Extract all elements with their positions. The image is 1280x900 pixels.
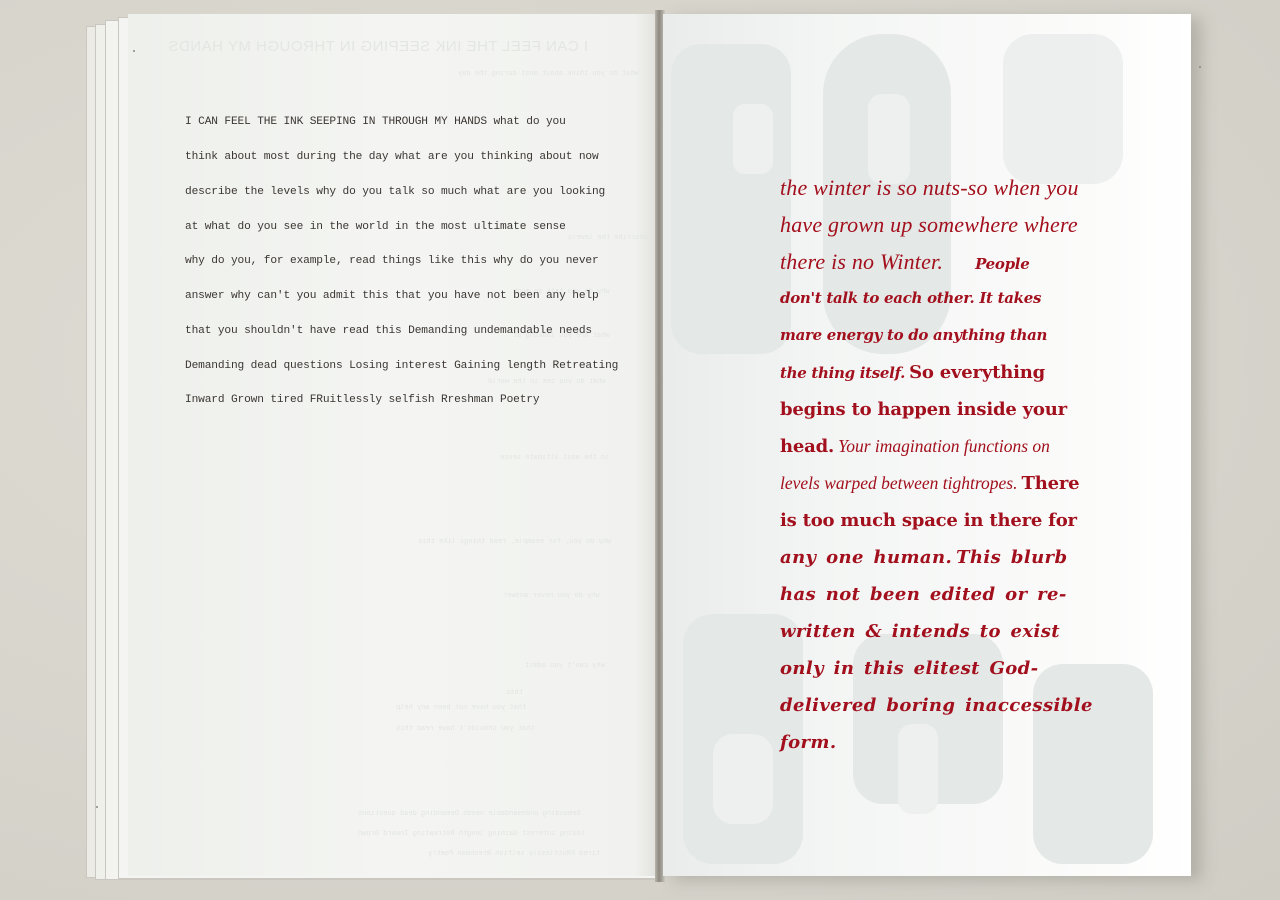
right-page: the winter is so nuts-so when you have g… (663, 14, 1191, 876)
prose-segment: head. (780, 436, 834, 457)
prose-line: the winter is so nuts-so when you (780, 169, 1191, 206)
prose-segment: So everything (909, 362, 1045, 383)
prose-line: form. (780, 724, 1191, 761)
prose-segment: People (975, 255, 1029, 273)
prose-line: delivered boring inaccessible (780, 687, 1191, 724)
dust-speck (96, 806, 98, 808)
left-page: I CAN FEEL THE INK SEEPING IN THROUGH MY… (128, 14, 656, 876)
prose-line: mare energy to do anything than (780, 317, 1191, 354)
prose-segment: begins to happen inside your (780, 399, 1067, 420)
prose-line: is too much space in there for (780, 502, 1191, 539)
prose-segment: only in this elitest God- (780, 658, 1039, 679)
prose-segment: written & intends to exist (780, 621, 1060, 642)
prose-line: any one human. This blurb (780, 539, 1191, 576)
typed-line: Inward Grown tired FRuitlessly selfish R… (185, 395, 656, 407)
open-book: I CAN FEEL THE INK SEEPING IN THROUGH MY… (0, 0, 1280, 900)
typed-line: Demanding dead questions Losing interest… (185, 361, 656, 373)
prose-line: written & intends to exist (780, 613, 1191, 650)
prose-segment: form. (780, 732, 837, 753)
prose-segment: the thing itself. (780, 364, 905, 382)
prose-segment: delivered boring inaccessible (780, 695, 1093, 716)
prose-line: begins to happen inside your (780, 391, 1191, 428)
ghost-line: why do you never answer (503, 592, 600, 600)
ghost-line: Demanding undemandable needs Demanding d… (358, 810, 581, 818)
ghost-line: why can't you admit (525, 662, 605, 670)
prose-segment: any one human. (780, 547, 952, 568)
dust-speck (1199, 66, 1201, 68)
ghost-line: tired FRuitlessly selfish Rreshman Poetr… (428, 850, 600, 858)
typed-line: I CAN FEEL THE INK SEEPING IN THROUGH MY… (185, 117, 656, 129)
prose-segment: Your imagination functions on (838, 436, 1050, 456)
ghost-title: I CAN FEEL THE INK SEEPING IN THROUGH MY… (168, 38, 638, 55)
ghost-line: that you have not been any help (396, 704, 526, 712)
typed-line: describe the levels why do you talk so m… (185, 187, 656, 199)
ghost-line: that you shouldn't have read this (396, 725, 535, 733)
prose-line: there is no Winter. People (780, 243, 1191, 280)
prose-segment: This blurb (956, 547, 1067, 568)
prose-segment: levels warped between tightropes. (780, 473, 1018, 493)
prose-line: the thing itself. So everything (780, 354, 1191, 391)
ghost-line: in the most ultimate sense (500, 454, 609, 462)
prose-line: only in this elitest God- (780, 650, 1191, 687)
ghost-line: why do you, for example, read things lik… (418, 538, 611, 546)
prose-segment: the winter is so nuts-so when you (780, 175, 1079, 200)
ghost-line: Losing interest Gaining length Retreatin… (358, 830, 585, 838)
ghost-letterform (713, 734, 773, 824)
dust-speck (133, 50, 135, 52)
typed-line: that you shouldn't have read this Demand… (185, 326, 656, 338)
prose-segment: don't talk to each other. It takes (780, 289, 1041, 307)
prose-segment: mare energy to do anything than (780, 326, 1047, 344)
ghost-line: what do you think about most during the … (458, 70, 639, 78)
typed-line: why do you, for example, read things lik… (185, 256, 656, 268)
red-prose-block: the winter is so nuts-so when you have g… (780, 169, 1191, 761)
prose-segment: have grown up somewhere where (780, 212, 1078, 237)
prose-segment: has not been edited or re- (780, 584, 1067, 605)
prose-segment: there is no Winter. (780, 249, 943, 274)
ghost-line: this (506, 689, 523, 697)
prose-segment: is too much space in there for (780, 510, 1077, 531)
prose-line: have grown up somewhere where (780, 206, 1191, 243)
typed-line: think about most during the day what are… (185, 152, 656, 164)
ghost-letterform (1003, 34, 1123, 184)
prose-segment: There (1022, 473, 1080, 494)
typewritten-poem: I CAN FEEL THE INK SEEPING IN THROUGH MY… (185, 94, 656, 430)
typed-line: at what do you see in the world in the m… (185, 222, 656, 234)
prose-line: head. Your imagination functions on (780, 428, 1191, 465)
prose-line: has not been edited or re- (780, 576, 1191, 613)
prose-line: don't talk to each other. It takes (780, 280, 1191, 317)
typed-line: answer why can't you admit this that you… (185, 291, 656, 303)
prose-line: levels warped between tightropes. There (780, 465, 1191, 502)
ghost-letterform (671, 44, 791, 354)
ghost-letterform (733, 104, 773, 174)
